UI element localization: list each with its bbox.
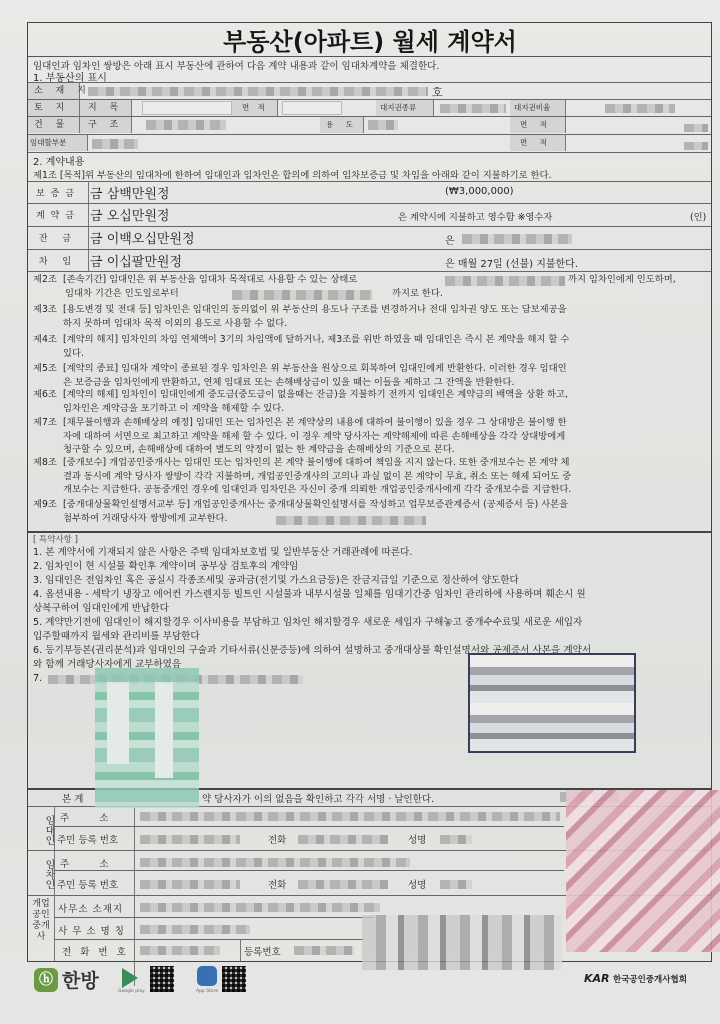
article-2-line-c: 임대차 기간은 인도일로부터 [65,287,179,301]
lessor-name-redacted [440,835,472,844]
location-suffix: 호 [432,84,443,100]
deposit-label: 보증금 [30,186,86,199]
lessor-id-redacted [140,835,240,844]
app-store-qr-icon [222,966,246,992]
structure-redacted [146,120,226,130]
app-store-icon [197,966,217,986]
lease-part-redacted [92,139,138,149]
association-name: 한국공인중개사협회 [613,975,687,985]
redacted-stamp [468,653,636,753]
lease-area-label: 면 적 [510,135,566,151]
lessee-name-label: 성명 [408,877,426,891]
down-payment-note: 은 계약시에 지불하고 영수함 ※영수자 [398,209,552,223]
app-store-label: App Store [196,989,218,994]
article-7: 제7조[채무불이행과 손해배상의 예정] 임대인 또는 임차인은 본 계약상의 … [33,416,567,457]
receiver-seal: (인) [690,209,706,223]
lessor-address-label: 주 소 [60,810,109,824]
location-value-redacted [88,87,428,96]
google-play-qr-icon [150,966,174,992]
article-1: 제1조 [목적]위 부동산의 임대차에 한하여 임대인과 임차인은 합의에 의하… [33,167,551,181]
lessor-id-label: 주민 등록 번호 [57,832,118,846]
broker-phone-redacted [140,946,220,955]
lessor-phone-redacted [298,835,388,844]
article-3: 제3조[용도변경 및 전대 등] 임차인은 임대인의 동의없이 위 부동산의 용… [33,303,567,330]
article-6: 제6조[계약의 해제] 임차인이 임대인에게 중도금(중도금이 없을때는 잔금)… [33,388,568,415]
redacted-broker-stamp [362,915,562,970]
balance-label: 잔 금 [30,231,86,244]
article-2-date-redacted [445,276,565,286]
special-term-3: 3. 임대인은 전임차인 혹은 공실시 각종조세및 공과금(전기및 가스요금등)… [33,574,519,588]
article-2-period-redacted [232,290,372,300]
google-play-label: Google play [118,989,145,994]
office-address-redacted [140,903,380,912]
lease-area-redacted [684,142,708,150]
divider [28,531,711,533]
location-label: 소 재 지 [28,83,80,99]
balance-date-redacted [462,234,572,244]
deposit-value: 금 삼백만원정 [90,183,169,202]
use-redacted [368,120,398,130]
special-term-4-cont: 상복구하여 임대인에게 반납한다 [33,602,169,616]
lessee-name-redacted [440,880,472,889]
reg-number-redacted [294,946,354,955]
signature-note-prefix: 본 계 [62,791,83,805]
lessee-phone-redacted [298,880,388,889]
use-label: 용 도 [320,117,364,133]
special-term-1: 1. 본 계약서에 기재되지 않은 사항은 주택 임대차보호법 및 일반부동산 … [33,546,412,560]
land-label: 토 지 [28,100,80,116]
reg-number-label: 등록번호 [244,944,281,958]
lessee-phone-label: 전화 [268,877,286,891]
section-title-contract: 2. 계약내용 [33,153,84,168]
down-payment-label: 계약금 [30,208,86,221]
rent-label: 차 임 [30,254,86,267]
lessor-phone-label: 전화 [268,832,286,846]
special-term-5: 5. 계약만기전에 임대인이 해지할경우 이사비용을 부담하고 임차인 해지할경… [33,616,582,630]
special-term-5-cont: 입주할때까지 월세와 관리비를 부담한다 [33,630,200,644]
document-title: 부동산(아파트) 월세 계약서 [28,22,712,56]
office-name-label: 사 무 소 명 칭 [58,923,125,937]
kar-logo-icon: KAR [584,972,610,985]
signature-note: 약 당사자가 이의 없음을 확인하고 각각 서명 · 날인한다. [202,791,434,805]
redacted-green-stamp [95,668,199,808]
office-name-redacted [140,925,250,934]
building-area-label: 면 적 [510,117,566,133]
office-address-label: 사무소 소재지 [58,901,123,915]
lessee-address-redacted [140,858,410,867]
article-2-line-b: 까지 임차인에게 인도하며, [568,273,676,287]
hanbang-brand: 한방 [62,966,99,993]
special-terms-title: [ 특약사항 ] [33,533,78,547]
lessee-id-label: 주민 등록 번호 [57,877,118,891]
lessee-group-label: 임차인 [30,854,54,894]
deposit-amount: (₩3,000,000) [445,186,514,197]
land-type-field[interactable] [142,101,232,115]
association-logo: KAR 한국공인중개사협회 [584,972,687,985]
balance-value: 금 이백오십만원정 [90,228,195,247]
broker-group-label: 개업공인중개사 [29,899,53,943]
article-4: 제4조[계약의 해지] 임차인의 차임 연체액이 3기의 차임액에 달하거나, … [33,333,569,360]
lessor-group-label: 임대인 [30,810,54,850]
land-area-label: 면 적 [232,100,278,116]
rent-value: 금 이십팔만원정 [90,251,182,270]
lessee-address-label: 주 소 [60,856,109,870]
hanbang-logo-icon: ⓗ [34,968,58,992]
article-9-redacted [276,516,426,525]
article-5: 제5조[계약의 종료] 임대차 계약이 종료된 경우 임차인은 위 부동산을 원… [33,362,567,389]
article-8: 제8조[중개보수] 개업공인중개사는 임대인 또는 임차인의 본 계약 불이행에… [33,456,571,497]
lease-part-label: 임대할부분 [28,135,88,151]
divider [28,56,711,57]
article-2-line-d: 까지로 한다. [392,287,443,301]
land-right-type-label: 대지권종류 [376,100,434,116]
google-play-icon [122,968,138,988]
land-right-ratio-label: 대지권비율 [510,100,566,116]
rent-note: 은 매월 27일 (선불) 지불한다. [445,255,578,270]
redacted-red-seal [566,790,720,952]
lessor-name-label: 성명 [408,832,426,846]
down-payment-value: 금 오십만원정 [90,205,169,224]
article-2: 제2조[존속기간] 임대인은 위 부동산을 임대차 목적대로 사용할 수 있는 … [33,273,357,287]
land-type-label: 지 목 [80,100,132,116]
lessee-id-redacted [140,880,240,889]
land-area-field[interactable] [282,101,342,115]
land-right-type-redacted [440,104,506,113]
balance-note: 은 [445,232,455,247]
structure-label: 구 조 [80,117,132,133]
special-term-4: 4. 옵션내용 - 세탁기 냉장고 에어컨 가스렌지등 빌트인 시설물과 내부시… [33,588,586,602]
building-area-redacted [684,124,708,132]
lessor-address-redacted [140,812,560,821]
building-label: 건 물 [28,117,80,133]
special-term-2: 2. 임차인이 현 시설물 확인후 계약이며 공부상 검토후의 계약임 [33,560,298,574]
land-right-ratio-redacted [605,104,675,113]
broker-phone-label: 전 화 번 호 [62,944,129,958]
special-term-7: 7. [33,672,42,686]
